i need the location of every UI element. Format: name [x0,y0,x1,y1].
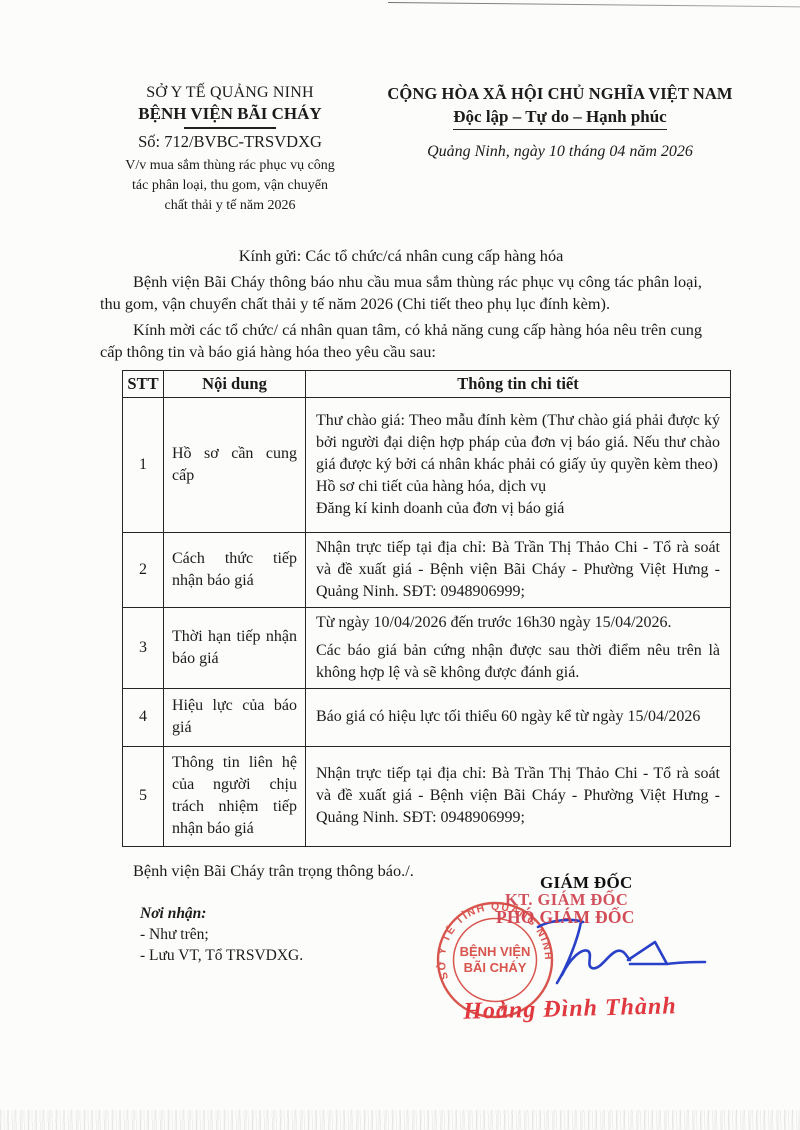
col-header-chitiet: Thông tin chi tiết [306,370,731,397]
body-paragraph-1: Bệnh viện Bãi Cháy thông báo nhu cầu mua… [100,271,702,315]
row-index: 3 [123,607,164,688]
org-name-underline [184,127,276,129]
pho-giam-doc-line: PHÓ GIÁM ĐỐC [496,907,635,928]
row-index: 2 [123,532,164,607]
row-detail: Nhận trực tiếp tại địa chỉ: Bà Trần Thị … [306,532,731,607]
org-name: BỆNH VIỆN BÃI CHÁY [95,104,365,124]
detail-paragraph: Các báo giá bản cứng nhận được sau thời … [316,640,720,684]
scan-noise-band [0,1110,800,1130]
national-title: CỘNG HÒA XÃ HỘI CHỦ NGHĨA VIỆT NAM [365,84,755,104]
row-topic: Thời hạn tiếp nhận báo giá [164,607,306,688]
body-paragraph-2: Kính mời các tổ chức/ cá nhân quan tâm, … [100,319,702,363]
row-index: 5 [123,746,164,846]
row-index: 1 [123,397,164,532]
table-row: 4 Hiệu lực của báo giá Báo giá có hiệu l… [123,688,731,746]
letter-header: SỞ Y TẾ QUẢNG NINH BỆNH VIỆN BÃI CHÁY Số… [0,0,800,216]
detail-paragraph: Thư chào giá: Theo mẫu đính kèm (Thư chà… [316,410,720,476]
scanned-official-letter: SỞ Y TẾ QUẢNG NINH BỆNH VIỆN BÃI CHÁY Số… [0,0,800,1130]
row-topic: Cách thức tiếp nhận báo giá [164,532,306,607]
row-detail: Báo giá có hiệu lực tối thiểu 60 ngày kể… [306,688,731,746]
detail-paragraph: Báo giá có hiệu lực tối thiểu 60 ngày kể… [316,706,720,728]
col-header-stt: STT [123,370,164,397]
closing-statement: Bệnh viện Bãi Cháy trân trọng thông báo.… [100,861,800,881]
row-detail: Nhận trực tiếp tại địa chỉ: Bà Trần Thị … [306,746,731,846]
issuing-org-block: SỞ Y TẾ QUẢNG NINH BỆNH VIỆN BÃI CHÁY Số… [95,84,365,216]
col-header-noidung: Nội dung [164,370,306,397]
document-number: Số: 712/BVBC-TRSVDXG [95,132,365,152]
detail-paragraph: Đăng kí kinh doanh của đơn vị báo giá [316,498,720,520]
quotation-requirements-table: STT Nội dung Thông tin chi tiết 1 Hồ sơ … [122,370,731,847]
detail-paragraph: Hồ sơ chi tiết của hàng hóa, dịch vụ [316,476,720,498]
row-index: 4 [123,688,164,746]
row-topic: Thông tin liên hệ của người chịu trách n… [164,746,306,846]
table-header-row: STT Nội dung Thông tin chi tiết [123,370,731,397]
detail-paragraph: Nhận trực tiếp tại địa chỉ: Bà Trần Thị … [316,537,720,603]
letter-body: Kính gửi: Các tổ chức/cá nhân cung cấp h… [100,245,702,363]
table-row: 2 Cách thức tiếp nhận báo giá Nhận trực … [123,532,731,607]
parent-org-name: SỞ Y TẾ QUẢNG NINH [95,84,365,102]
row-detail: Thư chào giá: Theo mẫu đính kèm (Thư chà… [306,397,731,532]
row-topic: Hồ sơ cần cung cấp [164,397,306,532]
table-row: 5 Thông tin liên hệ của người chịu trách… [123,746,731,846]
national-motto-block: CỘNG HÒA XÃ HỘI CHỦ NGHĨA VIỆT NAM Độc l… [365,84,755,216]
place-and-date: Quảng Ninh, ngày 10 tháng 04 năm 2026 [365,143,755,161]
signer-name: Hoàng Đình Thành [455,993,686,1026]
detail-paragraph: Từ ngày 10/04/2026 đến trước 16h30 ngày … [316,612,720,634]
row-topic: Hiệu lực của báo giá [164,688,306,746]
table-row: 3 Thời hạn tiếp nhận báo giá Từ ngày 10/… [123,607,731,688]
table-row: 1 Hồ sơ cần cung cấp Thư chào giá: Theo … [123,397,731,532]
row-detail: Từ ngày 10/04/2026 đến trước 16h30 ngày … [306,607,731,688]
document-subject: V/v mua sắm thùng rác phục vụ công tác p… [119,156,341,216]
salutation: Kính gửi: Các tổ chức/cá nhân cung cấp h… [100,245,702,267]
national-motto: Độc lập – Tự do – Hạnh phúc [453,107,666,130]
detail-paragraph: Nhận trực tiếp tại địa chỉ: Bà Trần Thị … [316,763,720,829]
